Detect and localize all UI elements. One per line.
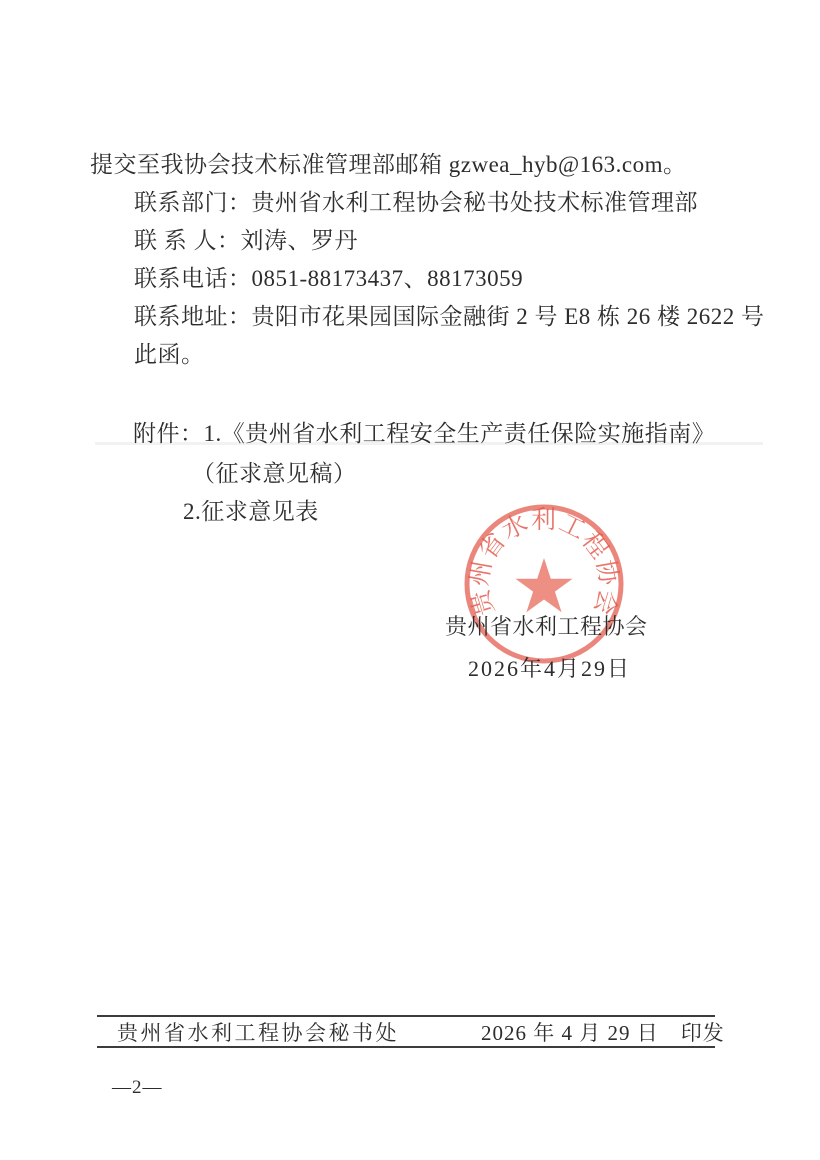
body-line-closing: 此函。 <box>134 342 205 368</box>
signature-org: 贵州省水利工程协会 <box>445 614 648 639</box>
official-seal: 贵州省水利工程协会 <box>459 499 629 669</box>
body-line-contact-department: 联系部门：贵州省水利工程协会秘书处技术标准管理部 <box>134 190 698 216</box>
footer-rule-bottom <box>97 1046 715 1048</box>
body-line-contact-person: 联 系 人：刘涛、罗丹 <box>134 228 358 254</box>
attachment-line-1: 附件：1.《贵州省水利工程安全生产责任保险实施指南》 <box>133 421 715 447</box>
footer-issuer: 贵州省水利工程协会秘书处 <box>117 1021 399 1045</box>
body-line-contact-address: 联系地址：贵阳市花果园国际金融街 2 号 E8 栋 26 楼 2622 号 <box>134 304 765 330</box>
page-number: —2— <box>112 1077 163 1099</box>
attachment-line-1-continued: （征求意见稿） <box>192 461 357 487</box>
attachment-line-2: 2.征求意见表 <box>183 499 319 525</box>
footer-rule-top <box>97 1015 715 1017</box>
body-line-submit-email: 提交至我协会技术标准管理部邮箱 gzwea_hyb@163.com。 <box>90 152 687 178</box>
body-line-contact-phone: 联系电话：0851-88173437、88173059 <box>134 266 523 292</box>
document-page: 提交至我协会技术标准管理部邮箱 gzwea_hyb@163.com。 联系部门：… <box>0 0 820 1160</box>
signature-date: 2026年4月29日 <box>468 656 631 681</box>
seal-star-icon <box>516 558 573 612</box>
footer-print-info: 2026 年 4 月 29 日 印发 <box>481 1021 725 1045</box>
